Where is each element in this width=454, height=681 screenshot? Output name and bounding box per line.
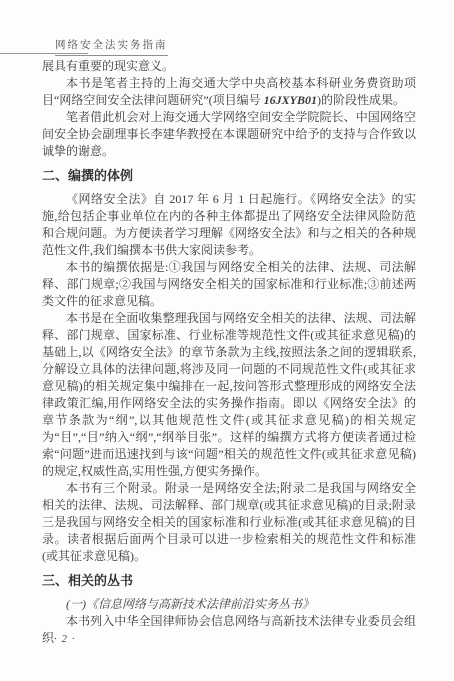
header-rule [0,53,88,54]
paragraph-project: 本书是笔者主持的上海交通大学中央高校基本科研业务费资助项目“网络空间安全法律问题… [42,75,416,109]
paragraph: 本书有三个附录。附录一是网络安全法;附录二是我国与网络安全相关的法律、法规、司法… [42,480,416,565]
paragraph: 《网络安全法》自 2017 年 6 月 1 日起施行。《网络安全法》的实施,给包… [42,191,416,259]
paragraph: 本书的编撰依据是:①我国与网络安全相关的法律、法规、司法解释、部门规章;②我国与… [42,259,416,310]
paragraph-thanks: 笔者借此机会对上海交通大学网络空间安全学院院长、中国网络空间安全协会副理事长李建… [42,109,416,160]
section-heading-2: 二、编撰的体例 [42,167,416,184]
project-code: 16JXYB01 [264,93,317,107]
paragraph-project-tail: )的阶段性成果。 [317,93,405,107]
paragraph: 本书列入中华全国律师协会信息网络与高新技术法律专业委员会组织 [42,613,416,647]
book-page: 网络安全法实务指南 展具有重要的现实意义。 本书是笔者主持的上海交通大学中央高校… [0,0,454,681]
continued-paragraph: 展具有重要的现实意义。 [42,58,416,75]
subsection-heading: (一)《信息网络与高新技术法律前沿实务丛书》 [42,596,416,613]
paragraph: 本书是在全面收集整理我国与网络安全相关的法律、法规、司法解释、部门规章、国家标准… [42,310,416,480]
section-heading-3: 三、相关的丛书 [42,572,416,589]
page-number: · 2 · [54,633,76,645]
page-body: 展具有重要的现实意义。 本书是笔者主持的上海交通大学中央高校基本科研业务费资助项… [42,58,416,647]
